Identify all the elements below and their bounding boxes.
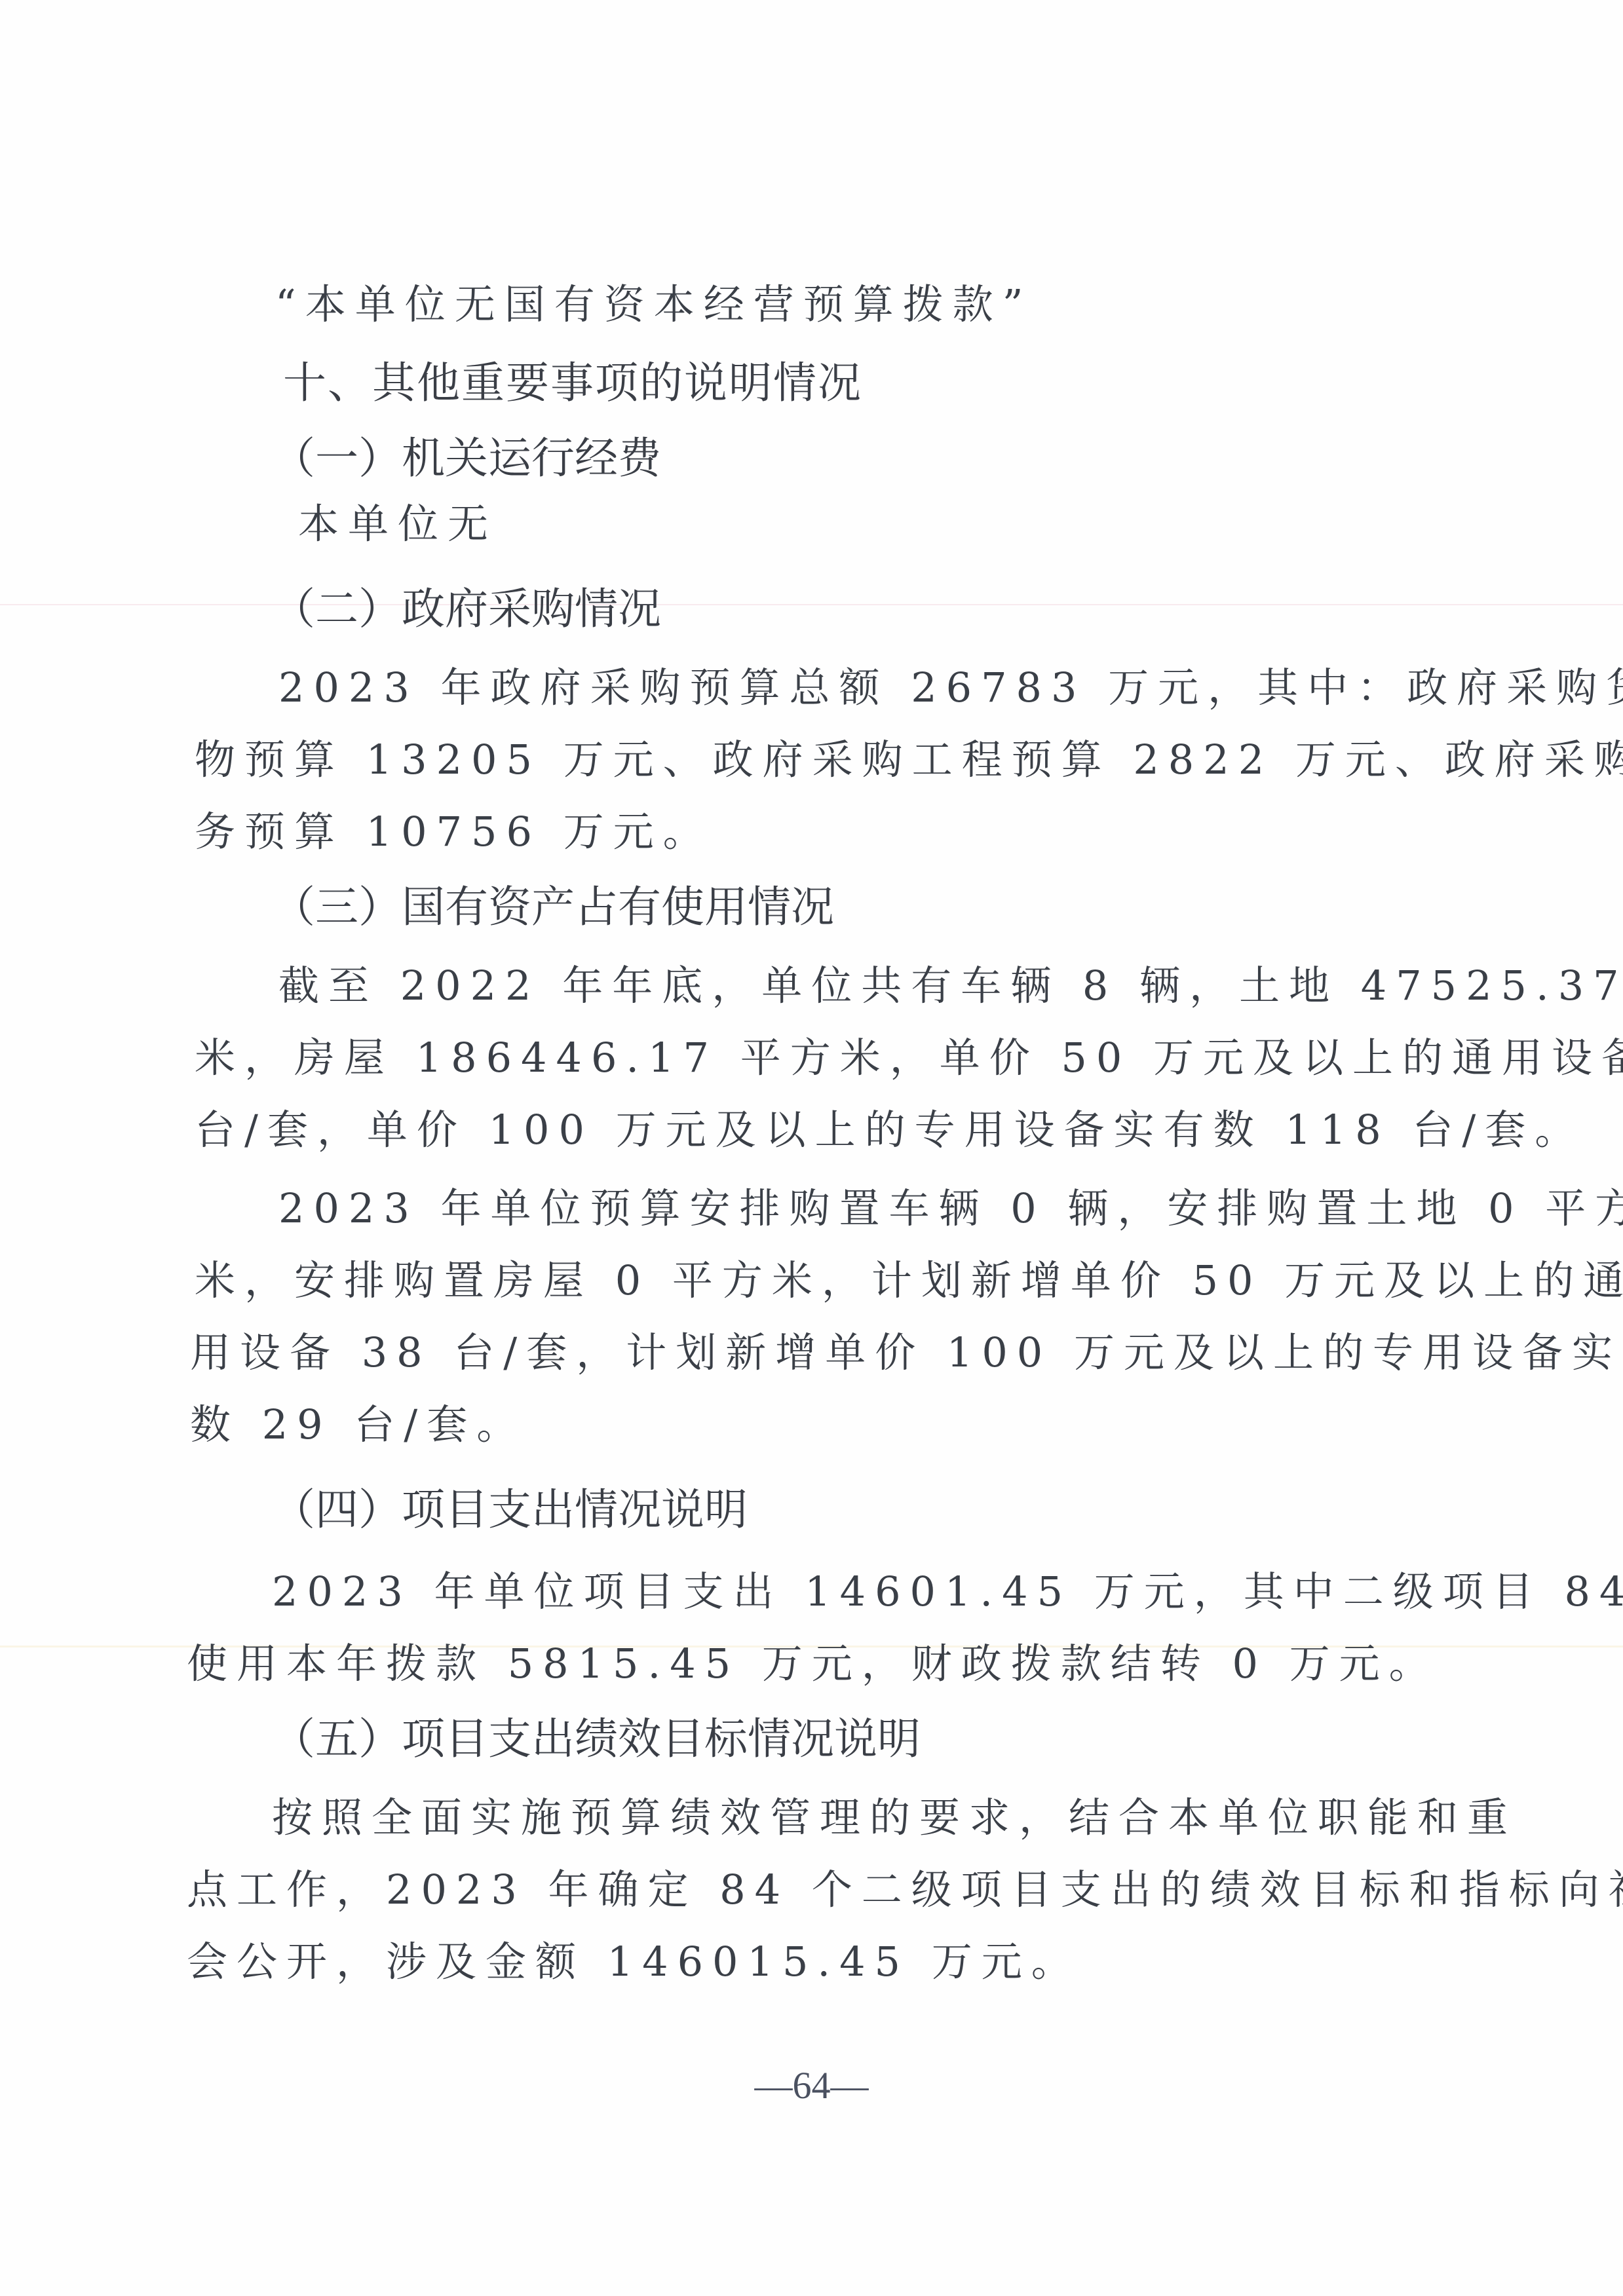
paragraph-line: 务预算 10756 万元。 <box>195 806 713 858</box>
subsection-heading-2: （二）政府采购情况 <box>272 583 661 635</box>
intro-quote: “本单位无国有资本经营预算拨款” <box>275 278 1032 331</box>
subsection-heading-1: （一）机关运行经费 <box>272 432 661 485</box>
paragraph-line: 台/套，单价 100 万元及以上的专用设备实有数 118 台/套。 <box>195 1104 1584 1156</box>
paragraph-line: 物预算 13205 万元、政府采购工程预算 2822 万元、政府采购服 <box>195 734 1623 786</box>
paragraph-line: 2023 年政府采购预算总额 26783 万元，其中：政府采购货 <box>278 662 1623 714</box>
document-page: “本单位无国有资本经营预算拨款” 十、其他重要事项的说明情况 （一）机关运行经费… <box>0 0 1623 2296</box>
paragraph-line: 米，房屋 186446.17 平方米，单价 50 万元及以上的通用设备 44 <box>195 1032 1623 1084</box>
paragraph-line: 截至 2022 年年底，单位共有车辆 8 辆，土地 47525.37 平方 <box>278 960 1623 1012</box>
section-heading: 十、其他重要事项的说明情况 <box>283 357 862 409</box>
paragraph-line: 使用本年拨款 5815.45 万元，财政拨款结转 0 万元。 <box>187 1638 1439 1690</box>
paragraph-line: 用设备 38 台/套，计划新增单价 100 万元及以上的专用设备实有 <box>190 1327 1623 1379</box>
subsection-heading-4: （四）项目支出情况说明 <box>272 1484 748 1536</box>
paragraph-line: 2023 年单位项目支出 14601.45 万元，其中二级项目 84 个； <box>272 1566 1623 1618</box>
page-number: —64— <box>0 2063 1623 2107</box>
paragraph-line: 2023 年单位预算安排购置车辆 0 辆，安排购置土地 0 平方 <box>278 1182 1623 1235</box>
paragraph-line: 点工作，2023 年确定 84 个二级项目支出的绩效目标和指标向社 <box>187 1864 1623 1916</box>
paragraph-line: 本单位无 <box>298 498 497 550</box>
paragraph-line: 按照全面实施预算绩效管理的要求，结合本单位职能和重 <box>272 1792 1517 1844</box>
paragraph-line: 米，安排购置房屋 0 平方米，计划新增单价 50 万元及以上的通 <box>195 1254 1623 1307</box>
subsection-heading-3: （三）国有资产占有使用情况 <box>272 881 834 933</box>
scan-artifact-line <box>0 604 1623 605</box>
paragraph-line: 会公开，涉及金额 146015.45 万元。 <box>187 1936 1081 1988</box>
subsection-heading-5: （五）项目支出绩效目标情况说明 <box>272 1713 921 1765</box>
paragraph-line: 数 29 台/套。 <box>190 1399 526 1451</box>
